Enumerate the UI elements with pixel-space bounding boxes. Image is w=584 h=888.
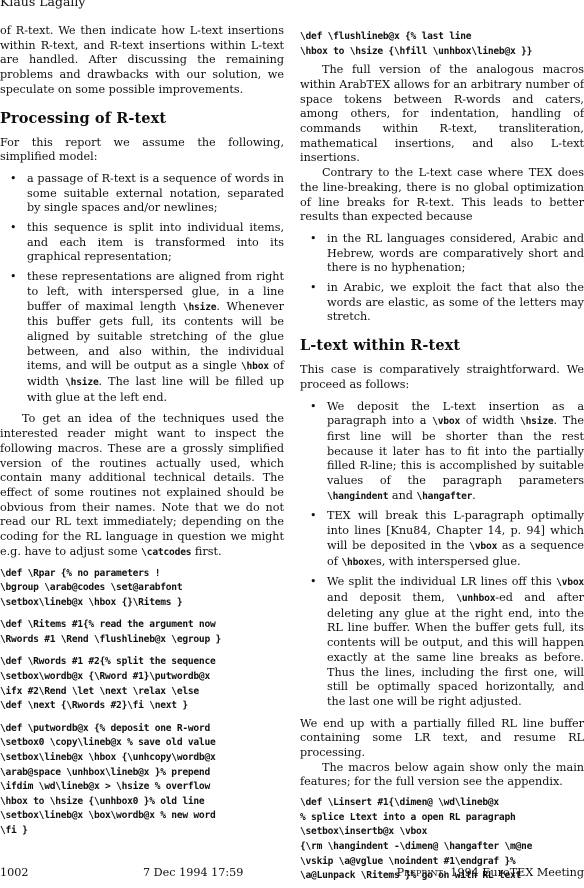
code-block-ritems: \def \Ritems #1{% read the argument now … [0,618,284,647]
text-span: and [388,489,416,502]
list-item: We split the individual LR lines off thi… [327,575,584,709]
text-span: of width [460,414,520,427]
inline-code: \hbox [341,557,369,568]
list-item: in Arabic, we exploit the fact that also… [327,281,584,325]
list-item: these representations are aligned from r… [27,270,284,405]
inline-code: \hsize [65,377,98,388]
page-footer: 1002 7 Dec 1994 17:59 Preprint: 1994 Eur… [0,865,584,881]
because-bullet-list: in the RL languages considered, Arabic a… [300,232,584,325]
macros-paragraph: The macros below again show only the mai… [300,761,584,790]
section-heading-processing-r-text: Processing of R-text [0,110,284,128]
list-item: TEX will break this L-paragraph optimall… [327,509,584,570]
text-span: first. [191,545,221,558]
code-block-rwords: \def \Rwords #1 #2{% split the sequence … [0,655,284,713]
preprint-text: : 1994 EuroTEX Meeting [443,866,584,879]
inline-code: \hbox [241,361,269,372]
list-item: We deposit the L-text insertion as a par… [327,400,584,505]
inline-code: \vbox [556,577,584,588]
text-span: To get an idea of the techniques used th… [0,412,284,557]
inline-code: \hangafter [417,491,473,502]
techniques-paragraph: To get an idea of the techniques used th… [0,412,284,560]
full-version-paragraph: The full version of the analogous macros… [300,63,584,166]
inline-code: \unhbox [456,593,495,604]
footer-timestamp: 7 Dec 1994 17:59 [143,865,243,881]
model-intro: For this report we assume the following,… [0,136,284,165]
page-number: 1002 [0,865,28,881]
list-item: a passage of R-text is a sequence of wor… [27,172,284,216]
inline-code: \catcodes [141,547,191,558]
text-span: es, with interspersed glue. [369,555,520,568]
left-column: of R-text. We then indicate how L-text i… [0,24,284,839]
end-paragraph: We end up with a partially filled RL lin… [300,717,584,761]
code-block-rpar: \def \Rpar {% no parameters ! \bgroup \a… [0,567,284,611]
code-block-flushlinebox: \def \flushlineb@x {% last line \hbox to… [300,30,584,59]
code-block-putwordbox: \def \putwordb@x {% deposit one R-word \… [0,722,284,839]
contrary-paragraph: Contrary to the L-text case where TEX do… [300,166,584,225]
footer-preprint: Preprint: 1994 EuroTEX Meeting [397,865,584,881]
procedure-bullet-list: We deposit the L-text insertion as a par… [300,400,584,710]
text-span: and deposit them, [327,591,456,604]
inline-code: \hangindent [327,491,388,502]
inline-code: \vbox [469,541,497,552]
list-item: this sequence is split into individual i… [27,221,284,265]
list-item: in the RL languages considered, Arabic a… [327,232,584,276]
running-header-author: Klaus Lagally [0,0,86,10]
text-span: -ed and after deleting any glue at the r… [327,591,584,708]
inline-code: \hsize [520,416,553,427]
inline-code: \vbox [432,416,460,427]
preprint-label: Preprint [397,866,443,879]
inline-code: \hsize [183,302,216,313]
right-column: \def \flushlineb@x {% last line \hbox to… [300,24,584,884]
model-bullet-list: a passage of R-text is a sequence of wor… [0,172,284,406]
procedure-intro: This case is comparatively straightforwa… [300,363,584,392]
intro-paragraph: of R-text. We then indicate how L-text i… [0,24,284,98]
section-heading-l-text-within-r-text: L-text within R-text [300,337,584,355]
text-span: We split the individual LR lines off thi… [327,575,556,588]
text-span: . [472,489,476,502]
